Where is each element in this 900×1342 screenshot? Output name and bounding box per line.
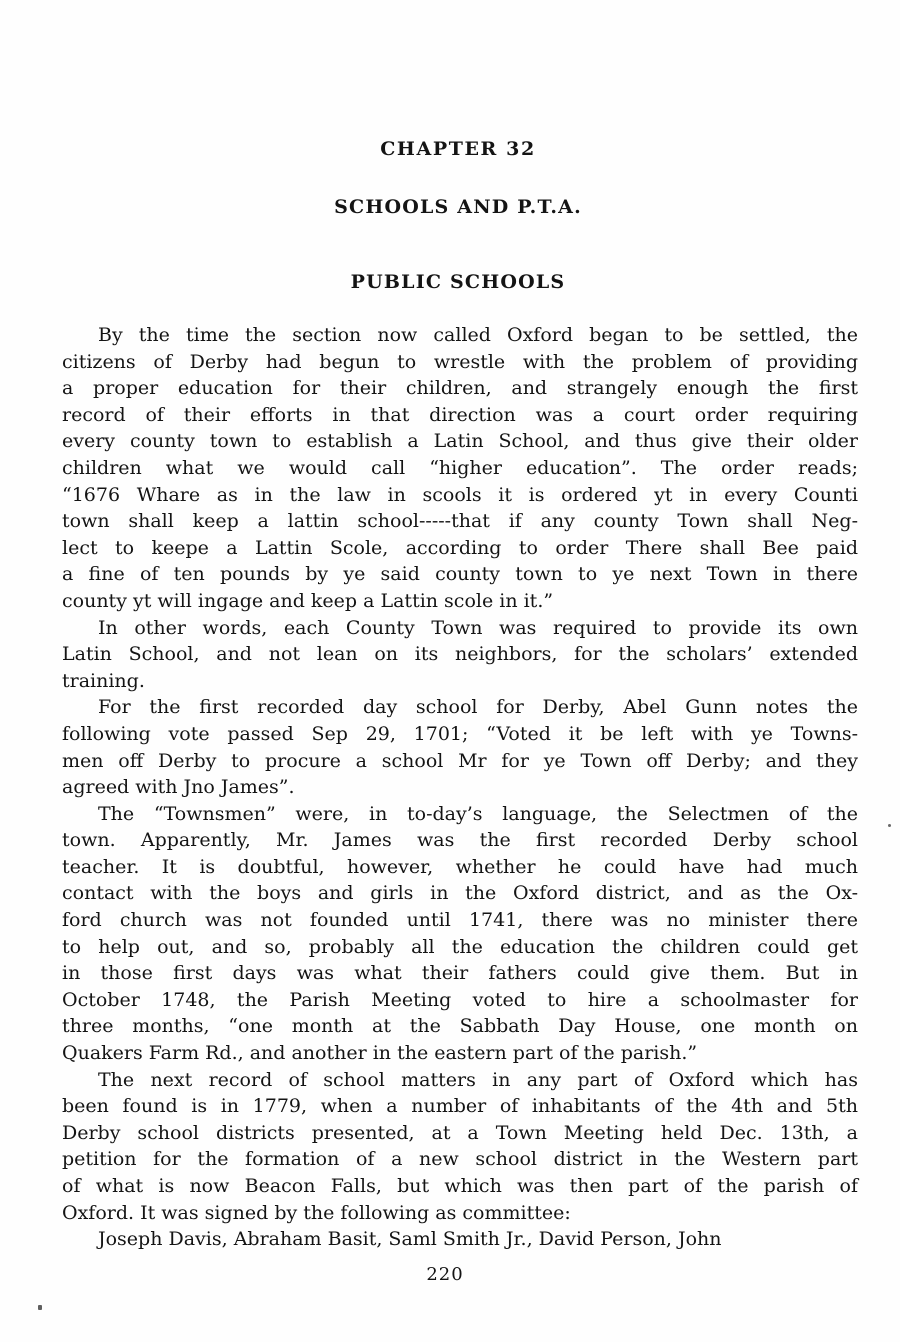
text-line: training.	[62, 668, 858, 695]
text-line: town shall keep a lattin school-----that…	[62, 508, 858, 535]
text-line: For the first recorded day school for De…	[62, 694, 858, 721]
text-line: The next record of school matters in any…	[62, 1067, 858, 1094]
text-line: town. Apparently, Mr. James was the firs…	[62, 827, 858, 854]
text-line: “1676 Whare as in the law in scools it i…	[62, 482, 858, 509]
text-line: petition for the formation of a new scho…	[62, 1146, 858, 1173]
page-number: 220	[0, 1264, 900, 1285]
page-headings: CHAPTER 32 SCHOOLS AND P.T.A. PUBLIC SCH…	[0, 138, 900, 293]
text-line: a fine of ten pounds by ye said county t…	[62, 561, 858, 588]
text-line: ford church was not founded until 1741, …	[62, 907, 858, 934]
text-line: Oxford. It was signed by the following a…	[62, 1200, 858, 1227]
scan-speck	[38, 1305, 42, 1310]
text-line: lect to keepe a Lattin Scole, according …	[62, 535, 858, 562]
text-line: Joseph Davis, Abraham Basit, Saml Smith …	[62, 1226, 858, 1253]
text-line: to help out, and so, probably all the ed…	[62, 934, 858, 961]
text-line: citizens of Derby had begun to wrestle w…	[62, 349, 858, 376]
text-line: county yt will ingage and keep a Lattin …	[62, 588, 858, 615]
text-line: men off Derby to procure a school Mr for…	[62, 748, 858, 775]
text-line: in those first days was what their fathe…	[62, 960, 858, 987]
text-line: been found is in 1779, when a number of …	[62, 1093, 858, 1120]
text-line: agreed with Jno James”.	[62, 774, 858, 801]
text-line: By the time the section now called Oxfor…	[62, 322, 858, 349]
text-line: teacher. It is doubtful, however, whethe…	[62, 854, 858, 881]
text-line: record of their efforts in that directio…	[62, 402, 858, 429]
chapter-heading: CHAPTER 32	[16, 138, 900, 160]
text-line: a proper education for their children, a…	[62, 375, 858, 402]
text-line: of what is now Beacon Falls, but which w…	[62, 1173, 858, 1200]
text-line: every county town to establish a Latin S…	[62, 428, 858, 455]
scan-speck	[888, 824, 891, 827]
chapter-title: SCHOOLS AND P.T.A.	[16, 196, 900, 218]
text-line: Quakers Farm Rd., and another in the eas…	[62, 1040, 858, 1067]
section-heading: PUBLIC SCHOOLS	[16, 271, 900, 293]
text-line: Latin School, and not lean on its neighb…	[62, 641, 858, 668]
text-line: Derby school districts presented, at a T…	[62, 1120, 858, 1147]
text-line: contact with the boys and girls in the O…	[62, 880, 858, 907]
text-line: following vote passed Sep 29, 1701; “Vot…	[62, 721, 858, 748]
book-page: CHAPTER 32 SCHOOLS AND P.T.A. PUBLIC SCH…	[0, 0, 900, 1342]
text-line: October 1748, the Parish Meeting voted t…	[62, 987, 858, 1014]
text-line: In other words, each County Town was req…	[62, 615, 858, 642]
text-line: children what we would call “higher educ…	[62, 455, 858, 482]
text-line: three months, “one month at the Sabbath …	[62, 1013, 858, 1040]
text-block: By the time the section now called Oxfor…	[62, 322, 858, 1253]
text-line: The “Townsmen” were, in to-day’s languag…	[62, 801, 858, 828]
